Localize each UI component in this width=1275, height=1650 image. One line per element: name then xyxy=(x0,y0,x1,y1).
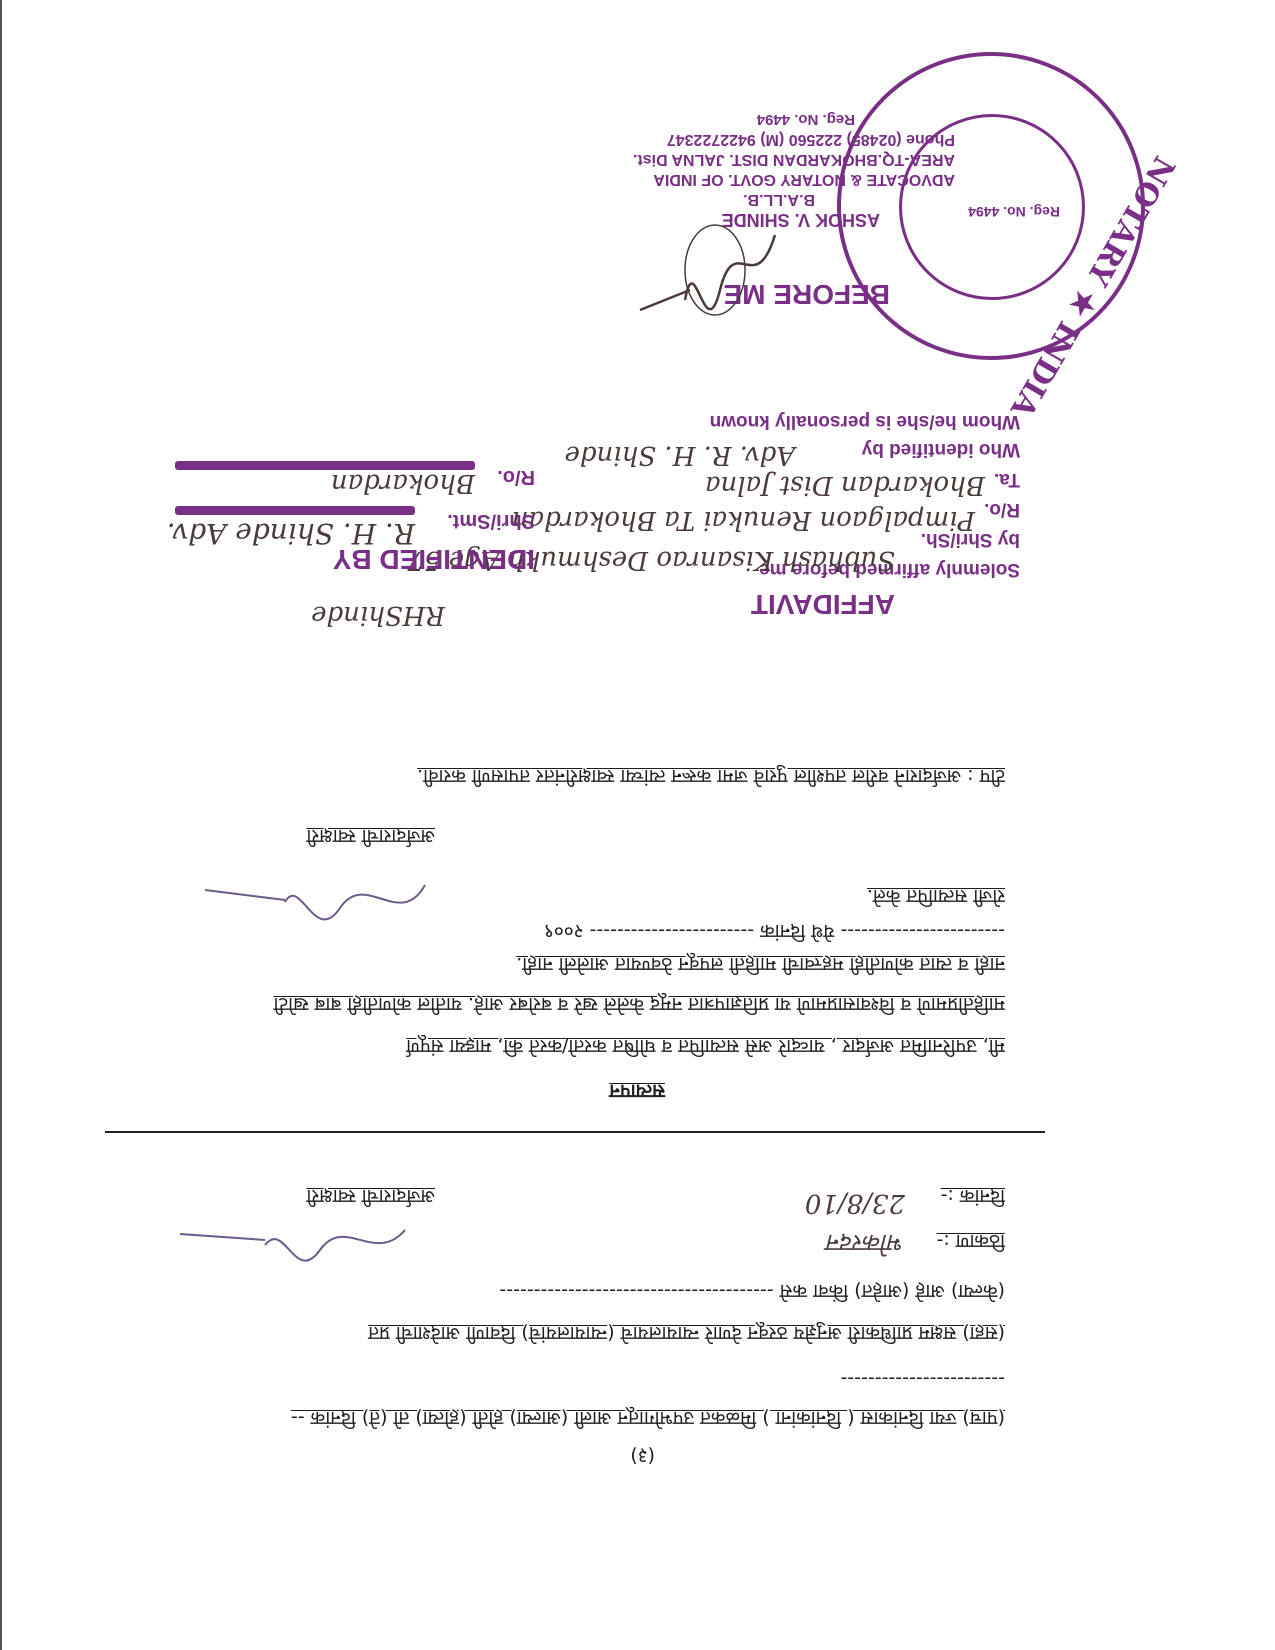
place-value: भोकरदन xyxy=(828,1227,905,1260)
intro-line-2: ------------------------ xyxy=(840,1368,1005,1390)
date-label: दिनांक :- xyxy=(941,1184,1005,1210)
identifier-signature: RHShinde xyxy=(311,600,445,630)
section-divider xyxy=(105,1131,1045,1133)
intro-line-4: (केल्या) आहे (आहेत) किंवा कसे ----------… xyxy=(499,1279,1005,1305)
verification-line-2: माहितीप्रमाणे व विश्वासाप्रमाणे या प्रति… xyxy=(274,992,1005,1018)
identified-residence: Bhokardan xyxy=(331,468,475,498)
notary-seal-reg: Reg. No. 4494 xyxy=(968,204,1060,220)
date-value: 23/8/10 xyxy=(805,1188,905,1218)
scanned-affidavit-page: (३) (पाच) ज्या दिनांकास ( दिनांकांना ) म… xyxy=(0,0,1275,1650)
identified-line-1-label: Shri/Smt. xyxy=(447,509,535,532)
verification-line-5: रोजी सत्यापित केले. xyxy=(867,884,1005,910)
affidavit-line-4-label: Ta. xyxy=(994,468,1020,490)
affidavit-taluka: Bhokardan Dist Jalna xyxy=(705,470,985,500)
notary-signature xyxy=(635,220,785,330)
stamp-ink-bar-1 xyxy=(175,506,415,515)
applicant-signature-2 xyxy=(195,860,435,930)
applicant-signature-label-2: अर्जदाराची स्वाक्षरी xyxy=(306,824,435,850)
verification-line-3: नाही व त्यात कोणतीही महत्त्वाची माहिती ल… xyxy=(516,952,1005,978)
identified-line-2-label: R/o. xyxy=(497,465,535,488)
advocate-reg: Reg. No. 4494 xyxy=(757,111,855,128)
page-number: (३) xyxy=(630,1444,655,1470)
affidavit-identifier: Adv. R. H. Shinde xyxy=(564,440,795,470)
affidavit-line-5-label: Who identified by xyxy=(862,438,1020,460)
stamp-ink-bar-2 xyxy=(175,461,475,470)
verification-date-line: ------------------------ येथे दिनांक ---… xyxy=(544,919,1005,945)
advocate-degree: B.A.LL.B. xyxy=(743,190,815,208)
verification-heading: सत्यापन xyxy=(609,1079,665,1105)
affidavit-line-6: Whom he/she is personally known xyxy=(710,410,1020,432)
identified-name: R. H. Shinde Adv. xyxy=(167,517,415,550)
footnote: टीप : अर्जदाराने वरील तपशील पुरावे जमा क… xyxy=(417,764,1005,790)
affidavit-title: AFFIDAVIT xyxy=(751,588,895,620)
intro-line-3: (सहा) सक्षम प्राधिकारी अनुज्ञेय ठरवून दे… xyxy=(368,1321,1005,1347)
affidavit-line-3-label: R/o. xyxy=(984,498,1020,520)
applicant-signature-label-1: अर्जदाराची स्वाक्षरी xyxy=(306,1184,435,1210)
place-label: ठिकाण :- xyxy=(936,1229,1005,1255)
applicant-signature-1 xyxy=(175,1210,415,1270)
intro-line-1: (पाच) ज्या दिनांकास ( दिनांकांना ) मिळकत… xyxy=(291,1406,1005,1432)
affidavit-residence: Pimpalgaon Renukai Ta Bhokardan xyxy=(512,505,975,535)
verification-line-1: मी, उपरिनामित अर्जदार , याव्दारे असे सत्… xyxy=(406,1034,1005,1060)
